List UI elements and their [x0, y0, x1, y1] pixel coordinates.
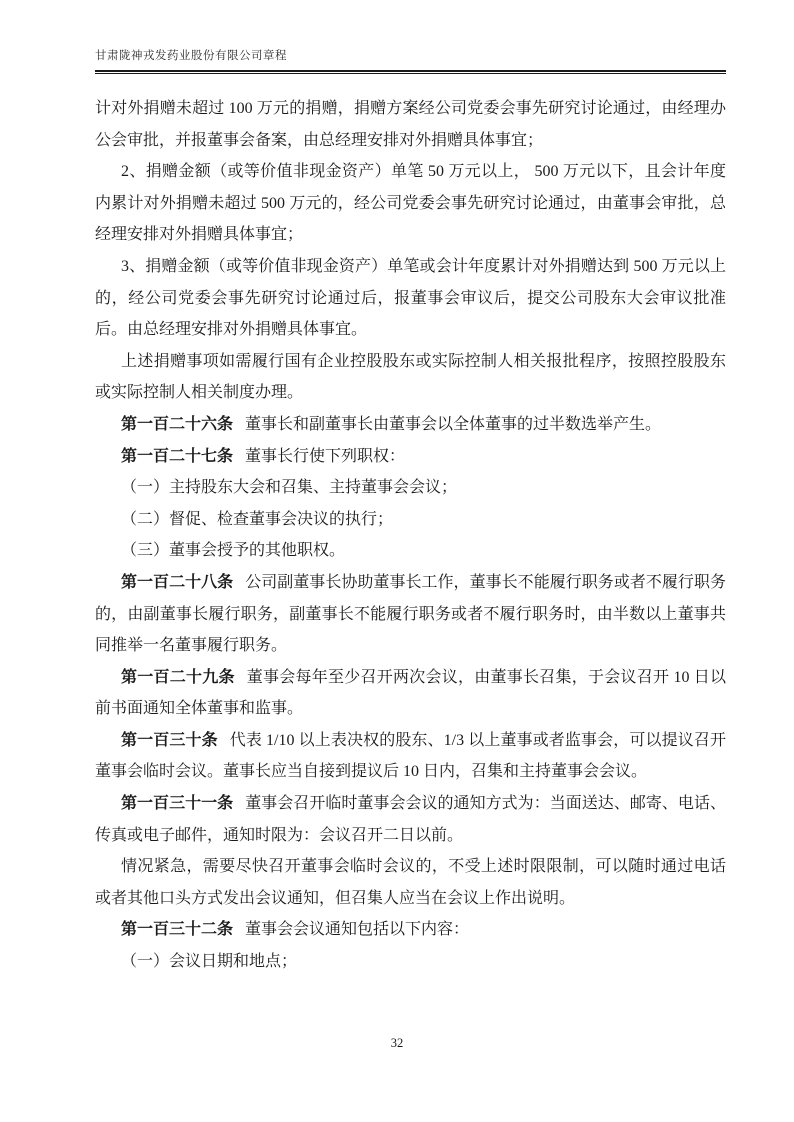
paragraph-text: 3、捐赠金额（或等价值非现金资产）单笔或会计年度累计对外捐赠达到 500 万元以…	[95, 258, 726, 338]
paragraph: 第一百二十九条董事会每年至少召开两次会议，由董事长召集，于会议召开 10 日以前…	[95, 662, 726, 725]
paragraph: 情况紧急，需要尽快召开董事会临时会议的，不受上述时限限制，可以随时通过电话或者其…	[95, 851, 726, 914]
paragraph-text: 董事长和副董事长由董事会以全体董事的过半数选举产生。	[245, 416, 661, 433]
paragraph-text: （一）会议日期和地点；	[121, 953, 297, 970]
header-title: 甘肃陇神戎发药业股份有限公司章程	[95, 47, 726, 63]
paragraph: 计对外捐赠未超过 100 万元的捐赠，捐赠方案经公司党委会事先研究讨论通过，由经…	[95, 93, 726, 156]
document-body: 计对外捐赠未超过 100 万元的捐赠，捐赠方案经公司党委会事先研究讨论通过，由经…	[0, 74, 794, 978]
paragraph-text: （三）董事会授予的其他职权。	[121, 542, 345, 559]
paragraph: 第一百二十七条董事长行使下列职权：	[95, 441, 726, 473]
article-number: 第一百三十一条	[121, 795, 233, 812]
paragraph: 2、捐赠金额（或等价值非现金资产）单笔 50 万元以上， 500 万元以下，且会…	[95, 156, 726, 251]
paragraph: （一）会议日期和地点；	[95, 946, 726, 978]
header-rule-thick-line	[95, 70, 726, 72]
paragraph-text: 2、捐赠金额（或等价值非现金资产）单笔 50 万元以上， 500 万元以下，且会…	[95, 163, 726, 243]
paragraph: 第一百三十条代表 1/10 以上表决权的股东、1/3 以上董事或者监事会，可以提…	[95, 725, 726, 788]
paragraph: 第一百二十六条董事长和副董事长由董事会以全体董事的过半数选举产生。	[95, 409, 726, 441]
article-number: 第一百三十条	[121, 732, 218, 749]
page-number: 32	[391, 1036, 404, 1050]
page-header: 甘肃陇神戎发药业股份有限公司章程	[0, 0, 794, 74]
article-number: 第一百二十七条	[121, 448, 233, 465]
paragraph: 3、捐赠金额（或等价值非现金资产）单笔或会计年度累计对外捐赠达到 500 万元以…	[95, 251, 726, 346]
paragraph-text: 董事会会议通知包括以下内容：	[245, 921, 469, 938]
paragraph-text: 情况紧急，需要尽快召开董事会临时会议的，不受上述时限限制，可以随时通过电话或者其…	[95, 858, 726, 907]
article-number: 第一百二十八条	[121, 574, 233, 591]
paragraph-text: 董事长行使下列职权：	[245, 448, 405, 465]
article-number: 第一百二十六条	[121, 416, 233, 433]
paragraph: （一）主持股东大会和召集、主持董事会会议；	[95, 472, 726, 504]
paragraph: 第一百三十二条董事会会议通知包括以下内容：	[95, 914, 726, 946]
paragraph-text: （一）主持股东大会和召集、主持董事会会议；	[121, 479, 457, 496]
paragraph: 第一百二十八条公司副董事长协助董事长工作，董事长不能履行职务或者不履行职务的，由…	[95, 567, 726, 662]
paragraph: （二）督促、检查董事会决议的执行；	[95, 504, 726, 536]
article-number: 第一百三十二条	[121, 921, 233, 938]
paragraph: 上述捐赠事项如需履行国有企业控股股东或实际控制人相关报批程序，按照控股股东或实际…	[95, 346, 726, 409]
document-page: 甘肃陇神戎发药业股份有限公司章程 计对外捐赠未超过 100 万元的捐赠，捐赠方案…	[0, 0, 794, 1122]
paragraph-text: （二）督促、检查董事会决议的执行；	[121, 511, 393, 528]
paragraph: （三）董事会授予的其他职权。	[95, 535, 726, 567]
paragraph: 第一百三十一条董事会召开临时董事会会议的通知方式为：当面送达、邮寄、电话、传真或…	[95, 788, 726, 851]
page-footer: 32	[0, 1036, 794, 1051]
article-number: 第一百二十九条	[121, 669, 235, 686]
paragraph-text: 上述捐赠事项如需履行国有企业控股股东或实际控制人相关报批程序，按照控股股东或实际…	[95, 353, 726, 402]
paragraph-text: 计对外捐赠未超过 100 万元的捐赠，捐赠方案经公司党委会事先研究讨论通过，由经…	[95, 100, 726, 149]
